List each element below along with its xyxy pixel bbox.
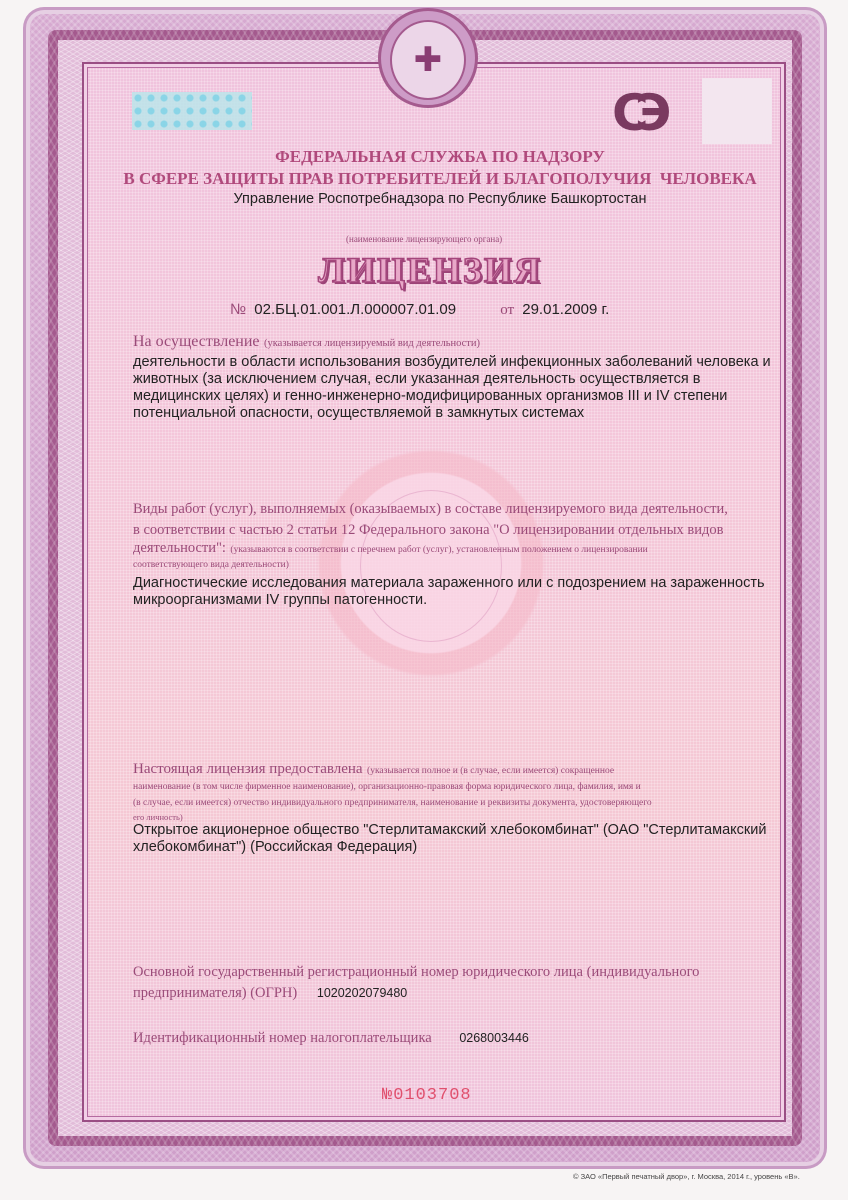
works-caption: (указываются в соответствии с перечнем р… [230,545,647,555]
licensee-value: Открытое акционерное общество "Стерлитам… [133,822,773,856]
licensee-label: Настоящая лицензия предоставлена [133,761,363,777]
works-label: Виды работ (услуг), выполняемых (оказыва… [133,499,773,541]
issuing-authority: Управление Роспотребнадзора по Республик… [100,191,780,207]
activity-label: На осуществление [133,333,260,350]
inn-label: Идентификационный номер налогоплательщик… [133,1030,432,1046]
double-headed-eagle-icon: ✚ [390,20,466,100]
works-label-line: деятельности": [133,540,226,556]
activity-line: животных (за исключением случая, если ук… [133,371,773,388]
works-line: микроорганизмами IV группы патогенности. [133,592,773,609]
activity-line: деятельности в области использования воз… [133,354,773,371]
activity-line: потенциальной опасности, осуществляемой … [133,405,773,422]
agency-name-line2: В СФЕРЕ ЗАЩИТЫ ПРАВ ПОТРЕБИТЕЛЕЙ И БЛАГО… [100,169,780,189]
works-value: Диагностические исследования материала з… [133,575,773,609]
inn-value: 0268003446 [459,1031,529,1045]
blank-serial-number: №0103708 [382,1086,472,1105]
license-date: 29.01.2009 г. [522,301,609,318]
ogrn-label: Основной государственный регистрационный… [133,962,773,983]
agency-name-line1: ФЕДЕРАЛЬНАЯ СЛУЖБА ПО НАДЗОРУ [100,147,780,167]
licensee-label-row: Настоящая лицензия предоставлена (указыв… [133,760,773,778]
printer-note: © ЗАО «Первый печатный двор», г. Москва,… [573,1172,800,1181]
license-title: ЛИЦЕНЗИЯ [300,252,560,288]
activity-line: медицинских целях) и генно-инженерно-мод… [133,388,773,405]
white-patch [702,78,772,144]
hologram-sticker [132,92,252,130]
licensee-caption: (указывается полное и (в случае, если им… [367,766,614,776]
activity-caption: (указывается лицензируемый вид деятельно… [264,338,480,349]
works-line: Диагностические исследования материала з… [133,575,773,592]
ogrn-label: предпринимателя) (ОГРН) [133,985,297,1001]
licensee-line: хлебокомбинат") (Российская Федерация) [133,839,773,856]
ogrn-block: Основной государственный регистрационный… [133,962,773,1004]
activity-value: деятельности в области использования воз… [133,354,773,422]
ogrn-value: 1020202079480 [317,986,407,1000]
works-label-line: в соответствии с частью 2 статьи 12 Феде… [133,520,773,541]
licensee-line: Открытое акционерное общество "Стерлитам… [133,822,773,839]
licensee-caption-block: наименование (в том числе фирменное наим… [133,779,773,823]
date-prefix: от [500,302,514,318]
works-caption-block: деятельности": (указываются в соответств… [133,540,773,573]
ce-logo-icon: CЭ [612,88,657,138]
number-sign: № [230,301,246,318]
works-caption: соответствующего вида деятельности) [133,558,773,573]
works-label-line: Виды работ (услуг), выполняемых (оказыва… [133,499,773,520]
licensee-caption: (в случае, если имеется) отчество индиви… [133,795,773,811]
inn-block: Идентификационный номер налогоплательщик… [133,1030,773,1047]
licensee-caption: наименование (в том числе фирменное наим… [133,779,773,795]
license-number: 02.БЦ.01.001.Л.000007.01.09 [254,301,456,318]
license-number-row: № 02.БЦ.01.001.Л.000007.01.09 от 29.01.2… [230,301,609,319]
activity-label-row: На осуществление (указывается лицензируе… [133,333,480,351]
issuing-authority-caption: (наименование лицензирующего органа) [346,234,502,244]
